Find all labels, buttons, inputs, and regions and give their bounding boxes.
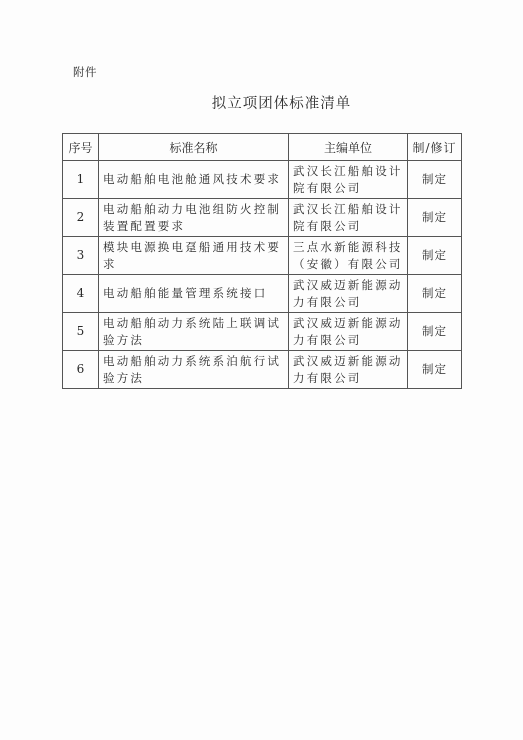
cell-org: 武汉威迈新能源动力有限公司 xyxy=(289,313,408,351)
table-row: 1 电动船舶电池舱通风技术要求 武汉长江船舶设计院有限公司 制定 xyxy=(63,161,462,199)
cell-name: 电动船舶能量管理系统接口 xyxy=(99,275,289,313)
cell-org: 武汉长江船舶设计院有限公司 xyxy=(289,199,408,237)
cell-org: 武汉威迈新能源动力有限公司 xyxy=(289,275,408,313)
cell-type: 制定 xyxy=(408,351,462,389)
cell-type: 制定 xyxy=(408,237,462,275)
standards-table: 序号 标准名称 主编单位 制/修订 1 电动船舶电池舱通风技术要求 武汉长江船舶… xyxy=(62,133,462,389)
cell-no: 3 xyxy=(63,237,99,275)
header-type: 制/修订 xyxy=(408,134,462,161)
table-row: 3 模块电源换电趸船通用技术要求 三点水新能源科技（安徽）有限公司 制定 xyxy=(63,237,462,275)
cell-name: 电动船舶动力电池组防火控制装置配置要求 xyxy=(99,199,289,237)
header-name: 标准名称 xyxy=(99,134,289,161)
cell-name: 电动船舶动力系统系泊航行试验方法 xyxy=(99,351,289,389)
cell-no: 2 xyxy=(63,199,99,237)
table-row: 5 电动船舶动力系统陆上联调试验方法 武汉威迈新能源动力有限公司 制定 xyxy=(63,313,462,351)
cell-no: 6 xyxy=(63,351,99,389)
table-header-row: 序号 标准名称 主编单位 制/修订 xyxy=(63,134,462,161)
cell-type: 制定 xyxy=(408,161,462,199)
cell-type: 制定 xyxy=(408,199,462,237)
header-no: 序号 xyxy=(63,134,99,161)
header-org: 主编单位 xyxy=(289,134,408,161)
cell-type: 制定 xyxy=(408,313,462,351)
cell-org: 武汉威迈新能源动力有限公司 xyxy=(289,351,408,389)
table-row: 6 电动船舶动力系统系泊航行试验方法 武汉威迈新能源动力有限公司 制定 xyxy=(63,351,462,389)
cell-no: 5 xyxy=(63,313,99,351)
table-row: 2 电动船舶动力电池组防火控制装置配置要求 武汉长江船舶设计院有限公司 制定 xyxy=(63,199,462,237)
cell-type: 制定 xyxy=(408,275,462,313)
cell-no: 1 xyxy=(63,161,99,199)
cell-org: 武汉长江船舶设计院有限公司 xyxy=(289,161,408,199)
attachment-label: 附件 xyxy=(73,64,97,80)
cell-org: 三点水新能源科技（安徽）有限公司 xyxy=(289,237,408,275)
cell-name: 电动船舶动力系统陆上联调试验方法 xyxy=(99,313,289,351)
cell-name: 模块电源换电趸船通用技术要求 xyxy=(99,237,289,275)
document-title: 拟立项团体标准清单 xyxy=(0,92,523,113)
cell-name: 电动船舶电池舱通风技术要求 xyxy=(99,161,289,199)
table-row: 4 电动船舶能量管理系统接口 武汉威迈新能源动力有限公司 制定 xyxy=(63,275,462,313)
cell-no: 4 xyxy=(63,275,99,313)
